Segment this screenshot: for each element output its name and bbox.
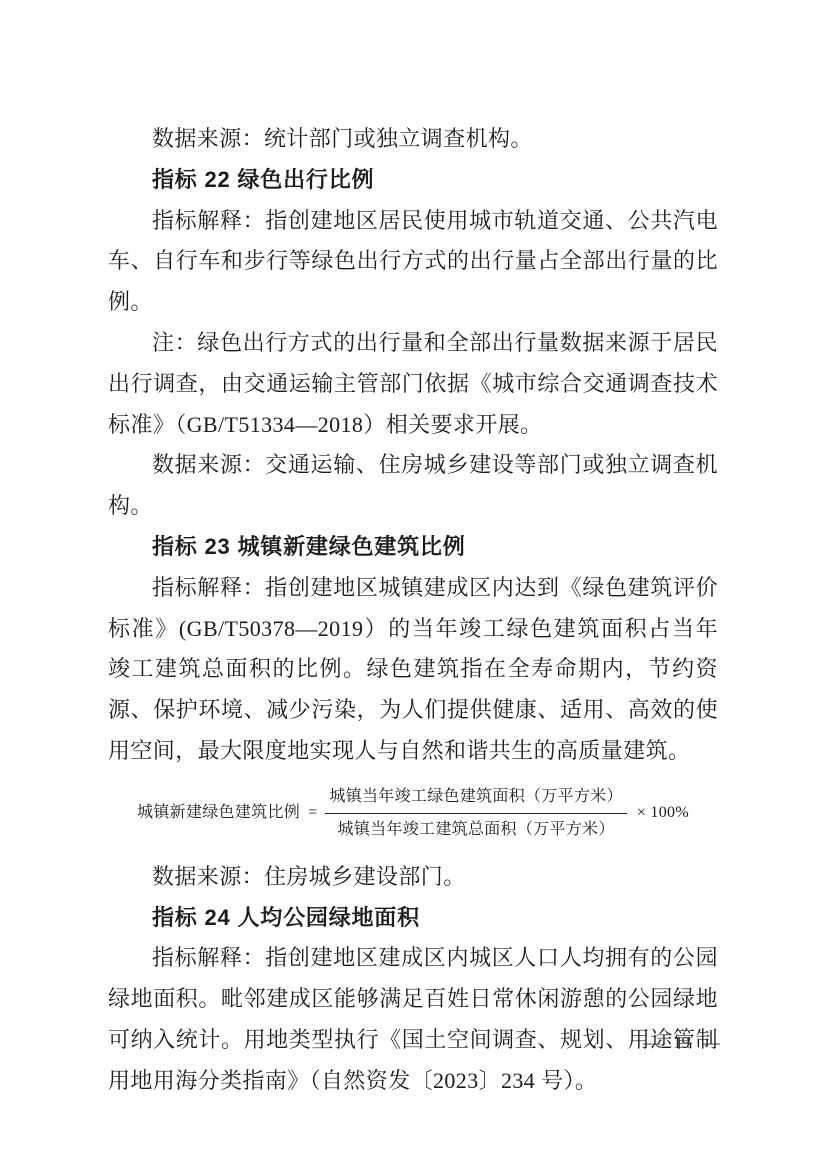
data-source-statistics-line: 数据来源：统计部门或独立调查机构。 (108, 119, 718, 160)
formula-equals-sign: = (308, 801, 317, 825)
page-number: 19 (673, 1030, 690, 1056)
indicator-23-definition: 指标解释：指创建地区城镇建成区内达到《绿色建筑评价标准》(GB/T50378—2… (108, 568, 718, 772)
indicator-22-heading: 指标 22 绿色出行比例 (108, 160, 718, 201)
footer-right-dash: — (703, 1030, 720, 1056)
indicator-24-heading: 指标 24 人均公园绿地面积 (108, 898, 718, 939)
formula-denominator: 城镇当年竣工建筑总面积（万平方米） (325, 814, 626, 842)
footer-left-dash: — (643, 1030, 660, 1056)
indicator-23-heading: 指标 23 城镇新建绿色建筑比例 (108, 527, 718, 568)
formula-numerator: 城镇当年竣工绿色建筑面积（万平方米） (325, 785, 626, 814)
indicator-23-source: 数据来源：住房城乡建设部门。 (108, 857, 718, 898)
document-page: 数据来源：统计部门或独立调查机构。 指标 22 绿色出行比例 指标解释：指创建地… (0, 0, 826, 1169)
indicator-22-note: 注：绿色出行方式的出行量和全部出行量数据来源于居民出行调查，由交通运输主管部门依… (108, 323, 718, 445)
indicator-22-definition: 指标解释：指创建地区居民使用城市轨道交通、公共汽电车、自行车和步行等绿色出行方式… (108, 201, 718, 323)
green-building-ratio-formula: 城镇新建绿色建筑比例 = 城镇当年竣工绿色建筑面积（万平方米） 城镇当年竣工建筑… (108, 772, 718, 857)
formula-fraction: 城镇当年竣工绿色建筑面积（万平方米） 城镇当年竣工建筑总面积（万平方米） (325, 785, 626, 842)
formula-lhs-label: 城镇新建绿色建筑比例 (137, 801, 300, 825)
indicator-24-definition: 指标解释：指创建地区建成区内城区人口人均拥有的公园绿地面积。毗邻建成区能够满足百… (108, 938, 718, 1101)
page-footer: — 19 — (643, 1030, 720, 1056)
indicator-22-source: 数据来源：交通运输、住房城乡建设等部门或独立调查机构。 (108, 445, 718, 527)
formula-multiplier: × 100% (637, 801, 689, 825)
